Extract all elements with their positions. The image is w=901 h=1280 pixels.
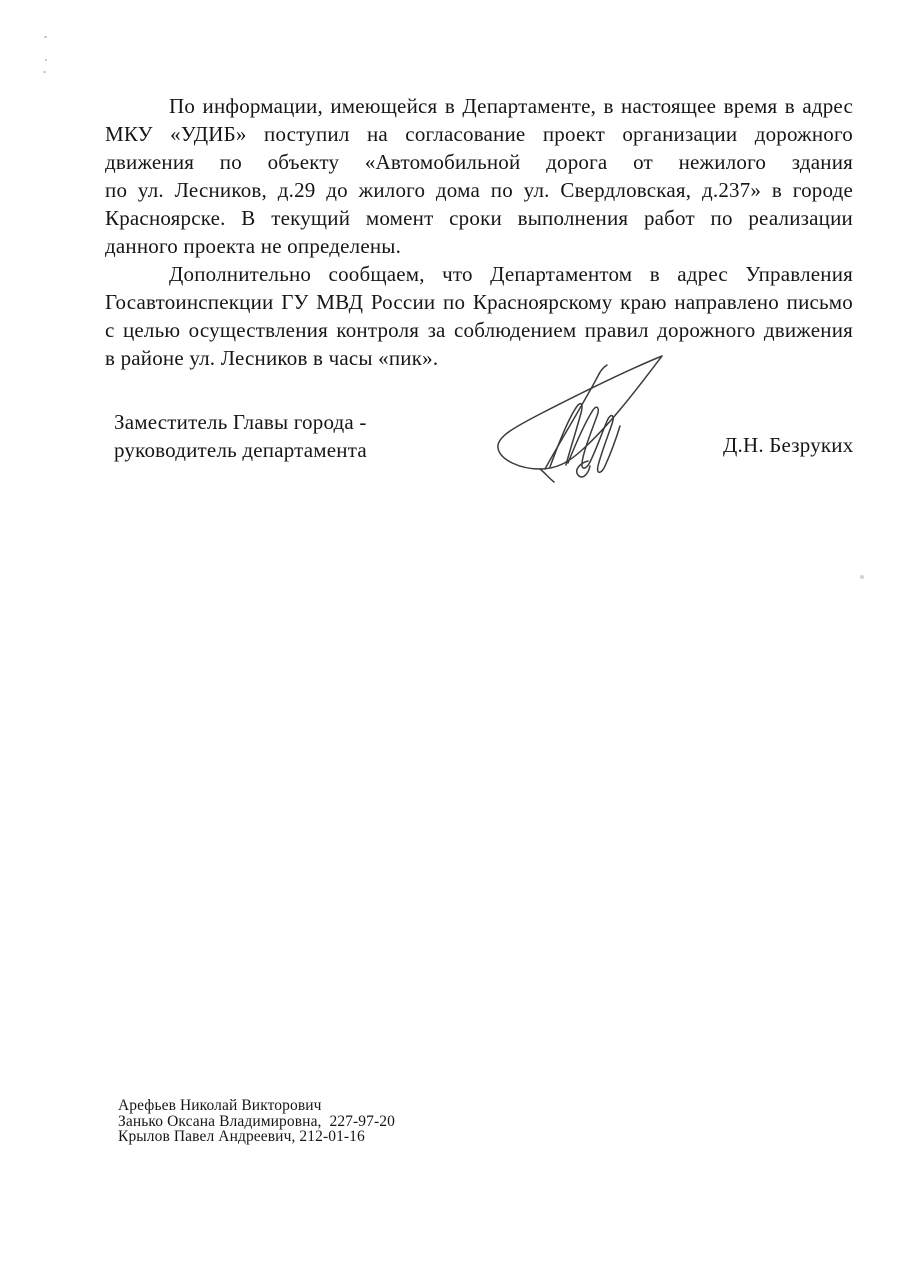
- paragraph-line: в районе ул. Лесников в часы «пик».: [105, 344, 853, 372]
- paragraph-line: по ул. Лесников, д.29 до жилого дома по …: [105, 176, 853, 204]
- contact-line: Крылов Павел Андреевич, 212-01-16: [118, 1129, 395, 1145]
- position-title-line: руководитель департамента: [114, 436, 367, 464]
- paragraph-line: движения по объекту «Автомобильной дорог…: [105, 148, 853, 176]
- paragraph-line: данного проекта не определены.: [105, 232, 853, 260]
- paragraph-1: По информации, имеющейся в Департаменте,…: [105, 92, 853, 260]
- letter-body: По информации, имеющейся в Департаменте,…: [105, 92, 853, 372]
- scanned-letter-page: По информации, имеющейся в Департаменте,…: [0, 0, 901, 1280]
- scan-speck: [45, 59, 47, 61]
- paragraph-2: Дополнительно сообщаем, что Департаменто…: [105, 260, 853, 372]
- paragraph-line: МКУ «УДИБ» поступил на согласование прое…: [105, 120, 853, 148]
- signatory-name: Д.Н. Безруких: [723, 431, 853, 459]
- scan-speck: [44, 36, 47, 38]
- handwritten-signature-icon: [490, 353, 670, 485]
- paragraph-line: Госавтоинспекции ГУ МВД России по Красно…: [105, 288, 853, 316]
- scan-speck: [860, 575, 864, 579]
- paragraph-line: По информации, имеющейся в Департаменте,…: [105, 92, 853, 120]
- paragraph-line: Дополнительно сообщаем, что Департаменто…: [105, 260, 853, 288]
- footer-contacts: Арефьев Николай Викторович Занько Оксана…: [118, 1098, 395, 1145]
- signatory-position-title: Заместитель Главы города - руководитель …: [114, 408, 367, 464]
- paragraph-line: Красноярске. В текущий момент сроки выпо…: [105, 204, 853, 232]
- contact-line: Арефьев Николай Викторович: [118, 1098, 395, 1114]
- paragraph-line: с целью осуществления контроля за соблюд…: [105, 316, 853, 344]
- position-title-line: Заместитель Главы города -: [114, 408, 367, 436]
- contact-line: Занько Оксана Владимировна, 227-97-20: [118, 1114, 395, 1130]
- scan-speck: [43, 71, 46, 73]
